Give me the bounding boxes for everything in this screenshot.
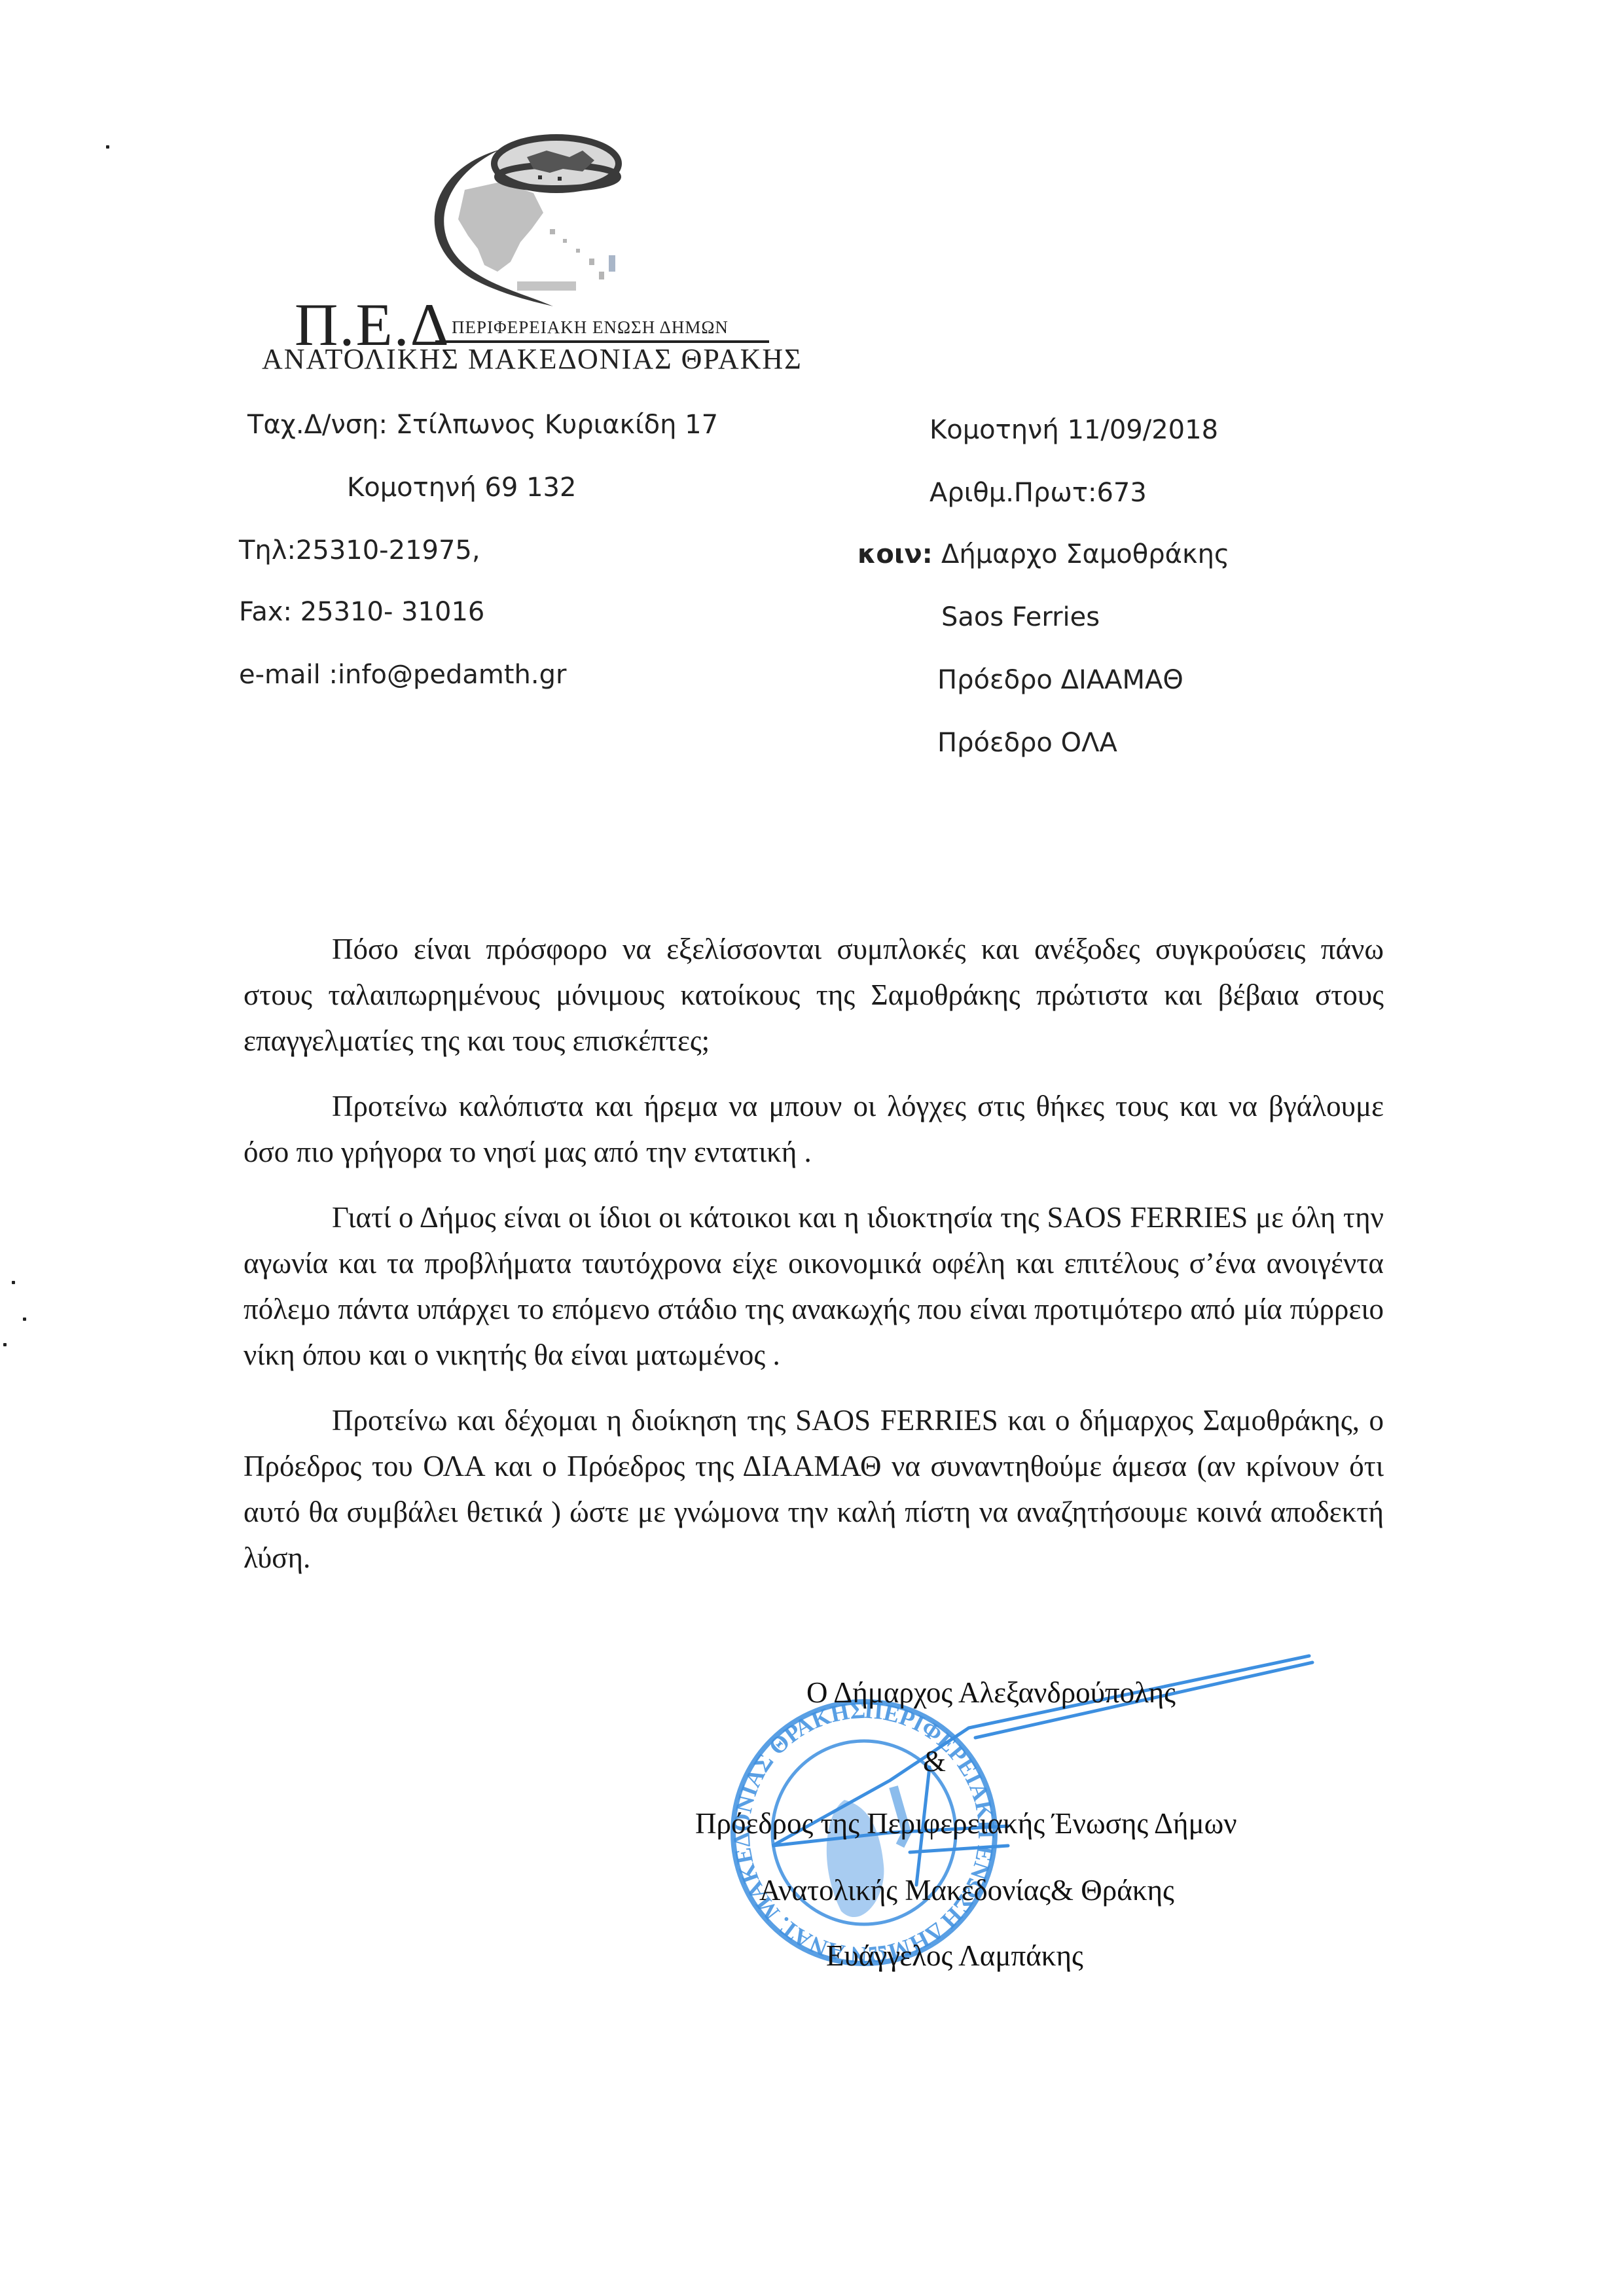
signatory-name: Ευάγγελος Λαμπάκης <box>826 1939 1083 1973</box>
fax-number: Fax: 25310- 31016 <box>239 597 484 627</box>
signatory-title-mayor: Ο Δήμαρχος Αλεξανδρούπολης <box>806 1676 1176 1710</box>
city-postcode: Κομοτηνή 69 132 <box>347 473 576 503</box>
email-address[interactable]: e-mail :info@pedamth.gr <box>239 660 566 690</box>
body-paragraph: Πόσο είναι πρόσφορο να εξελίσσονται συμπ… <box>244 926 1384 1064</box>
signatory-title-president: Πρόεδρος της Περιφερειακής Ένωσης Δήμων <box>695 1806 1237 1840</box>
scan-speck <box>23 1318 26 1321</box>
handwritten-signature <box>694 1630 1322 1892</box>
recipient-item: Saos Ferries <box>941 602 1100 632</box>
signature-ampersand: & <box>923 1744 946 1778</box>
body-paragraph: Προτείνω καλόπιστα και ήρεμα να μπουν οι… <box>244 1083 1384 1175</box>
postal-address: Ταχ.Δ/νση: Στίλπωνος Κυριακίδη 17 <box>247 410 718 440</box>
letter-body: Πόσο είναι πρόσφορο να εξελίσσονται συμπ… <box>244 926 1384 1600</box>
body-paragraph: Γιατί ο Δήμος είναι οι ίδιοι οι κάτοικοι… <box>244 1194 1384 1378</box>
phone-number: Τηλ:25310-21975, <box>239 535 480 565</box>
scan-speck <box>12 1281 15 1284</box>
letter-date: Κομοτηνή 11/09/2018 <box>929 415 1218 445</box>
cc-label: κοιν: <box>857 539 933 569</box>
body-paragraph: Προτείνω και δέχομαι η διοίκηση της SAOS… <box>244 1397 1384 1581</box>
recipient-item: Δήμαρχο Σαμοθράκης <box>941 539 1229 569</box>
recipient-item: Πρόεδρο ΔΙΑΑΜΑΘ <box>937 665 1183 695</box>
letterhead-logo: Π.Ε.Δ ΠΕΡΙΦΕΡΕΙΑΚΗ ΕΝΩΣΗ ΔΗΜΩΝ ΑΝΑΤΟΛΙΚΗ… <box>275 131 877 347</box>
scan-speck <box>3 1343 7 1346</box>
scan-speck <box>106 145 109 149</box>
protocol-number: Αριθμ.Πρωτ:673 <box>929 478 1147 508</box>
logo-org-line: ΠΕΡΙΦΕΡΕΙΑΚΗ ΕΝΩΣΗ ΔΗΜΩΝ <box>452 317 729 338</box>
recipient-item: Πρόεδρο ΟΛΑ <box>937 728 1117 758</box>
signatory-organization: Ανατολικής Μακεδονίας& Θράκης <box>759 1873 1174 1907</box>
logo-region-line: ΑΝΑΤΟΛΙΚΗΣ ΜΑΚΕΔΟΝΙΑΣ ΘΡΑΚΗΣ <box>262 342 803 376</box>
globe-with-greece-map-icon <box>386 131 700 308</box>
